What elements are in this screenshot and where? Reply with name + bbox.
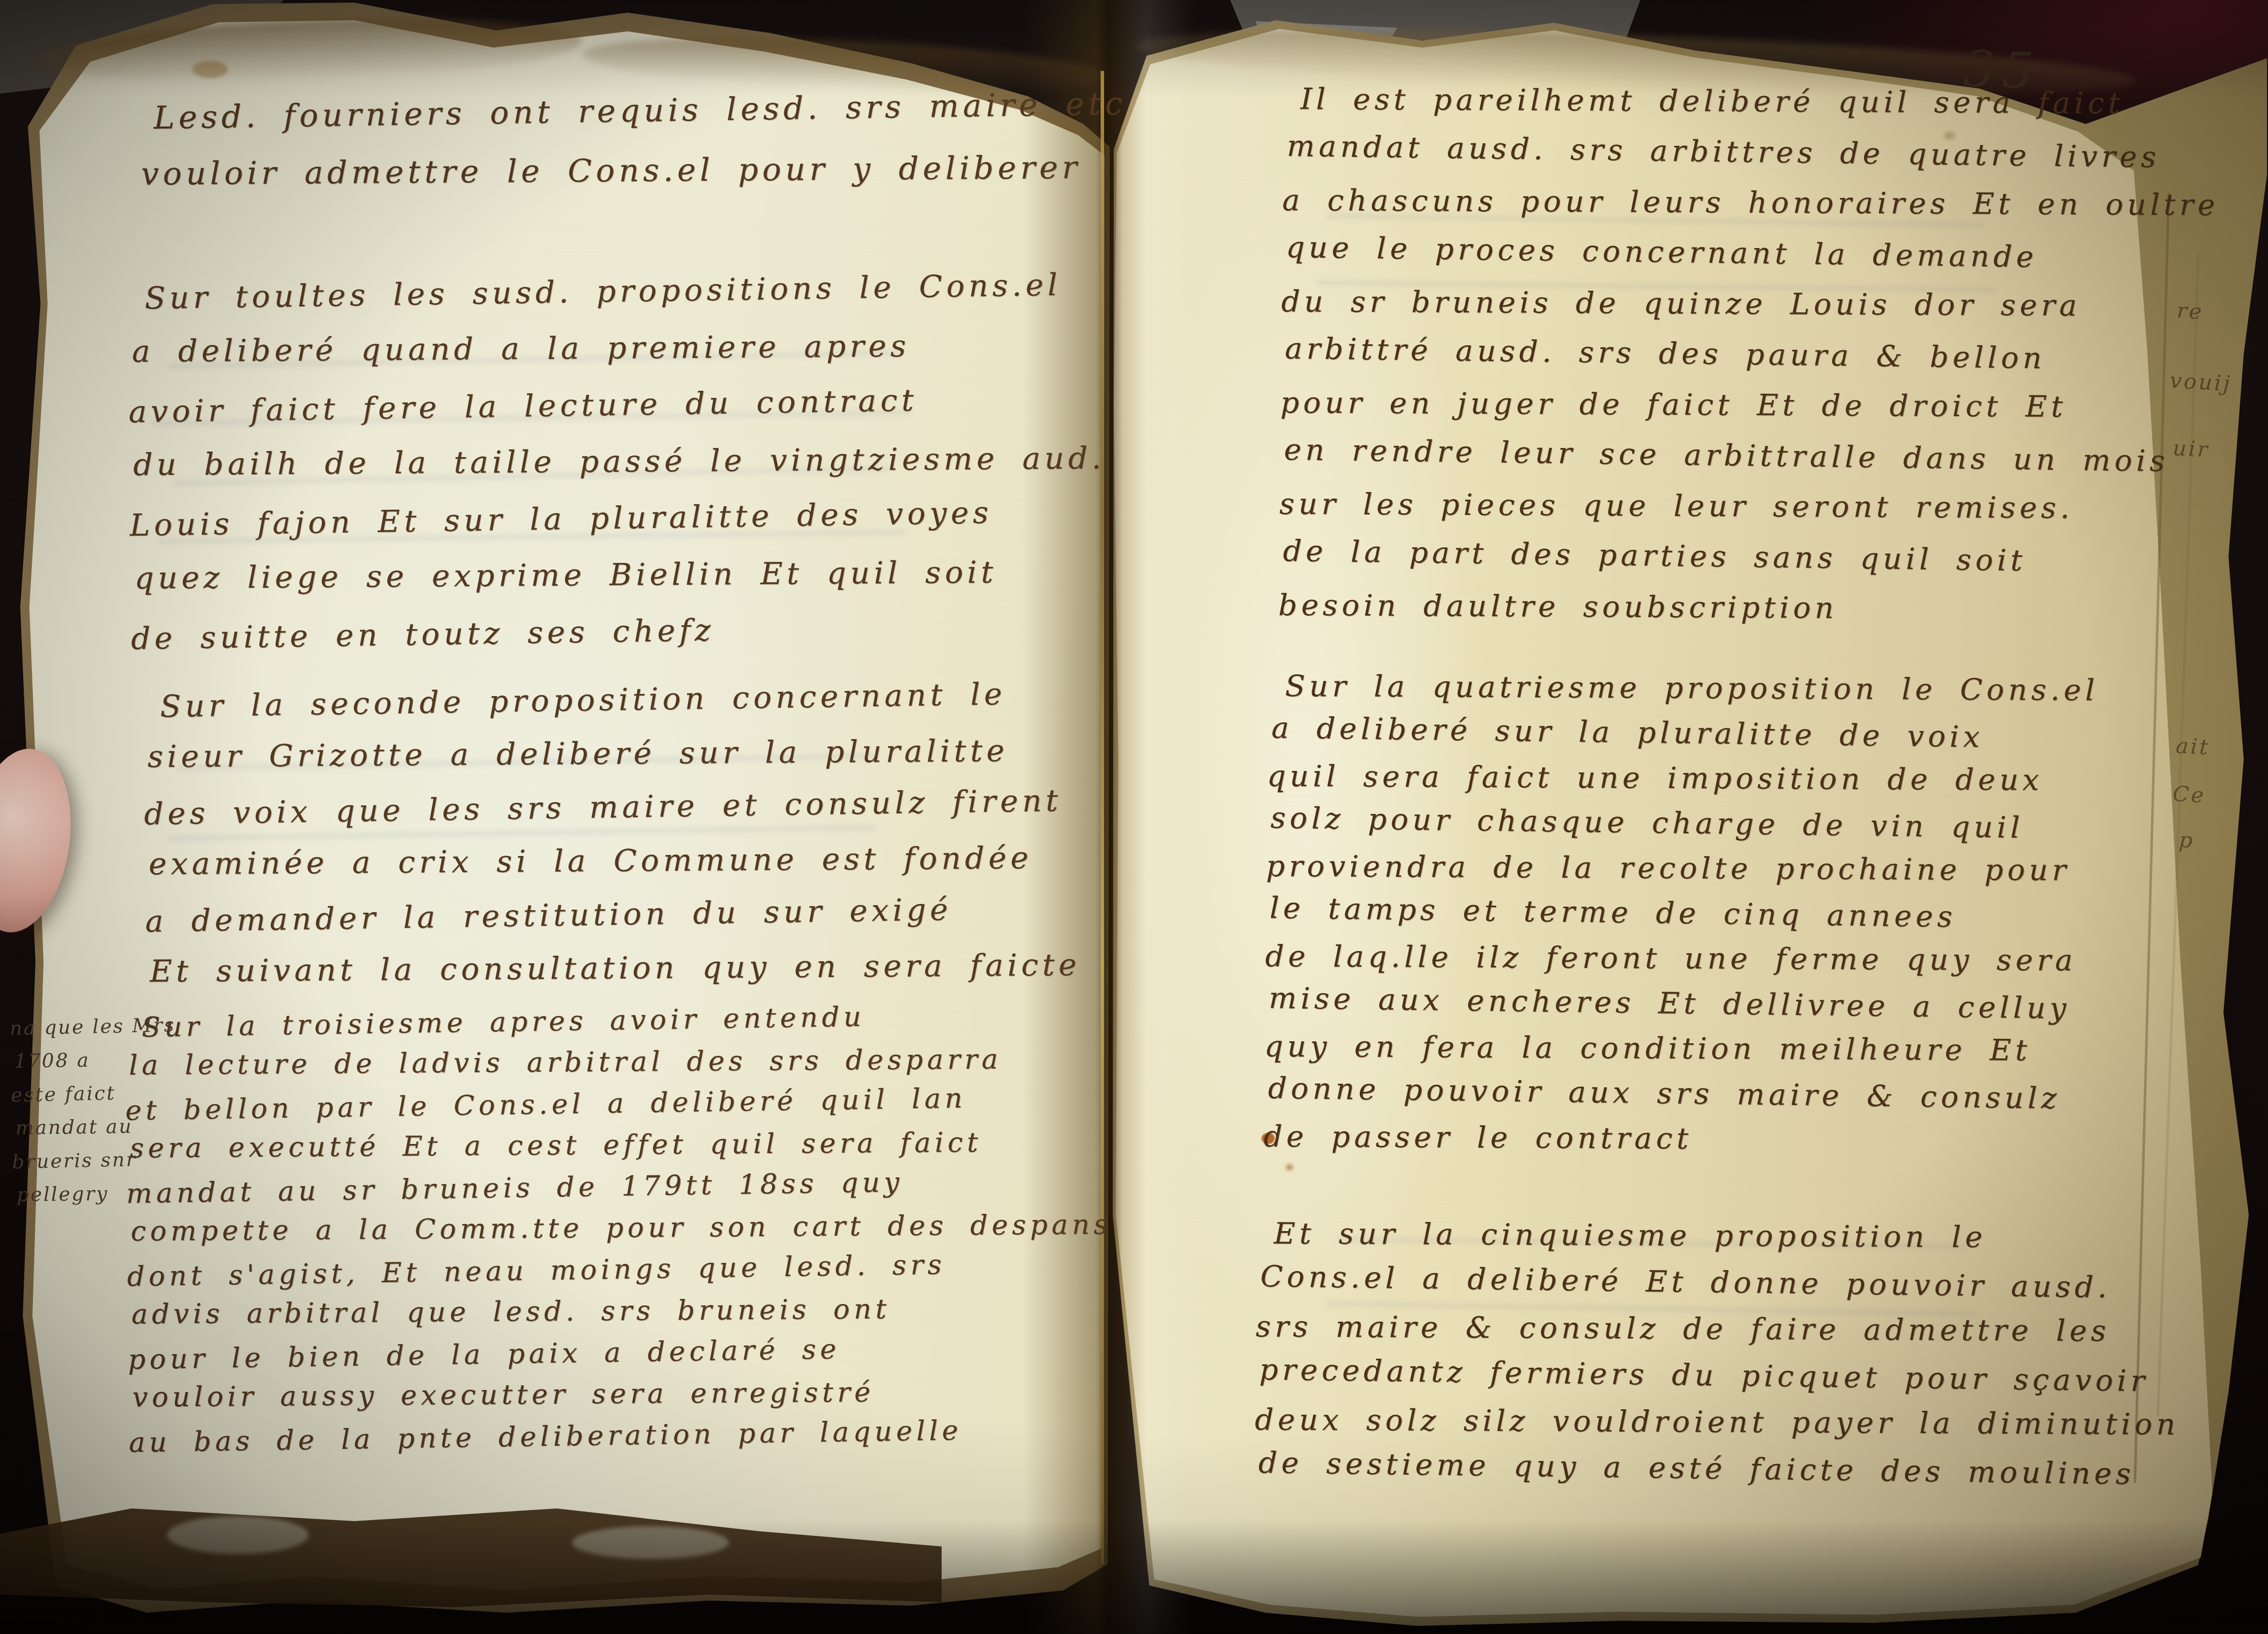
left-paragraph-third-proposition: Sur la troisiesme apres avoir entendula … — [124, 995, 1110, 1461]
manuscript-line: proviendra de la recolte prochaine pour — [1266, 844, 2097, 893]
manuscript-line: este faict — [11, 1075, 177, 1112]
foxing-spot — [192, 61, 228, 78]
open-manuscript-book-photo: Lesd. fourniers ont requis lesd. srs mai… — [0, 0, 2268, 1634]
manuscript-line: a deliberé quand a la premiere apres — [132, 316, 1104, 380]
manuscript-line: que le proces concernant la demande — [1285, 222, 2222, 284]
manuscript-line: examinée a crix si la Commune est fondée — [148, 831, 1079, 891]
margin-annotation: na que les Mrs1708 aeste faictmandat aub… — [10, 1008, 179, 1212]
manuscript-line: vouloir admettre le Cons.el pour y delib… — [141, 137, 1131, 204]
manuscript-line: precedantz fermiers du picquet pour sçav… — [1259, 1346, 2184, 1405]
manuscript-line: pellegry — [16, 1176, 182, 1212]
manuscript-line: deux solz silz vouldroient payer la dimi… — [1254, 1396, 2179, 1448]
manuscript-line: Il est pareilhemt deliberé quil sera fai… — [1283, 73, 2220, 129]
fore-edge-text-fragment: ait — [2175, 733, 2211, 759]
stain-patch — [572, 1526, 729, 1559]
manuscript-line: quy en fera la condition meilheure Et — [1264, 1024, 2095, 1074]
manuscript-line: avoir faict fere la lecture du contract — [128, 370, 1101, 440]
fore-edge-text-fragment: re — [2176, 298, 2204, 324]
manuscript-line: en rendre leur sce arbittralle dans un m… — [1284, 424, 2221, 487]
manuscript-line: mandat ausd. srs arbittres de quatre liv… — [1286, 120, 2223, 183]
left-paragraph-second-proposition: Sur la seconde proposition concernant le… — [143, 668, 1077, 1000]
manuscript-line: sur les pieces que leur seront remises. — [1279, 478, 2216, 534]
left-paragraph-first-proposition: Sur toultes les susd. propositions le Co… — [127, 258, 1103, 665]
manuscript-line: Cons.el a deliberé Et donne pouvoir ausd… — [1260, 1253, 2185, 1312]
manuscript-line: quez liege se exprime Biellin Et quil so… — [134, 543, 1107, 606]
manuscript-line: le tamps et terme de cinq annees — [1269, 885, 2100, 941]
left-paragraph-opening: Lesd. fourniers ont requis lesd. srs mai… — [136, 76, 1127, 206]
rust-spot — [1286, 1164, 1293, 1170]
manuscript-line: donne pouvoir aux srs maire & consulz — [1268, 1066, 2099, 1121]
manuscript-line: de laq.lle ilz feront une ferme quy sera — [1265, 934, 2096, 984]
manuscript-line: a deliberé sur la pluralitte de voix — [1271, 705, 2102, 761]
manuscript-line: du bailh de la taille passé le vingtzies… — [133, 430, 1106, 493]
manuscript-line: de passer le contract — [1264, 1114, 2094, 1164]
manuscript-line: a demander la restitution du sur exigé — [145, 881, 1076, 948]
fore-edge-text-fragment: uir — [2172, 435, 2210, 462]
manuscript-line: de la part des parties sans quil soit — [1283, 525, 2220, 588]
manuscript-line: pour en juger de faict Et de droict Et — [1280, 377, 2217, 433]
fore-edge-text-fragment: p — [2178, 827, 2195, 853]
manuscript-line: solz pour chasque charge de vin quil — [1270, 795, 2101, 851]
manuscript-line: srs maire & consulz de faire admettre le… — [1255, 1303, 2180, 1355]
manuscript-line: sieur Grizotte a deliberé sur la plurali… — [147, 724, 1078, 784]
manuscript-line: Louis fajon Et sur la pluralitte des voy… — [129, 483, 1102, 554]
manuscript-line: Et suivant la consultation quy en sera f… — [149, 938, 1080, 999]
manuscript-line: du sr bruneis de quinze Louis dor sera — [1281, 276, 2218, 332]
manuscript-line: Lesd. fourniers ont requis lesd. srs mai… — [136, 74, 1127, 148]
manuscript-line: arbittré ausd. srs des paura & bellon — [1284, 323, 2221, 386]
right-paragraph-arbiters-fees: Il est pareilhemt deliberé quil sera fai… — [1278, 71, 2220, 637]
right-paragraph-fifth-proposition: Et sur la cinquiesme proposition leCons.… — [1254, 1208, 2181, 1496]
manuscript-line: na que les Mrs — [9, 1008, 176, 1045]
manuscript-line: mise aux encheres Et dellivree a celluy — [1269, 975, 2100, 1031]
stain-patch — [167, 1516, 309, 1554]
fore-edge-text-fragment: vouij — [2169, 368, 2233, 396]
manuscript-line: Et sur la cinquiesme proposition le — [1257, 1210, 2181, 1261]
manuscript-line: besoin daultre soubscription — [1278, 580, 2215, 635]
manuscript-line: Sur toultes les susd. propositions le Co… — [127, 256, 1100, 327]
manuscript-line: quil sera faict une imposition de deux — [1267, 754, 2097, 803]
manuscript-line: Sur la quatriesme proposition le Cons.el — [1268, 664, 2098, 713]
fore-edge-text-fragment: Ce — [2172, 781, 2206, 807]
manuscript-line: 1708 a — [14, 1042, 180, 1078]
manuscript-line: des voix que les srs maire et consulz fi… — [144, 773, 1075, 841]
manuscript-line: Sur la seconde proposition concernant le — [143, 666, 1074, 733]
manuscript-line: mandat au — [15, 1109, 181, 1145]
manuscript-line: a chascuns pour leurs honoraires Et en o… — [1282, 175, 2219, 230]
right-paragraph-fourth-proposition: Sur la quatriesme proposition le Cons.el… — [1263, 662, 2098, 1165]
manuscript-line: brueris snr — [12, 1141, 178, 1178]
